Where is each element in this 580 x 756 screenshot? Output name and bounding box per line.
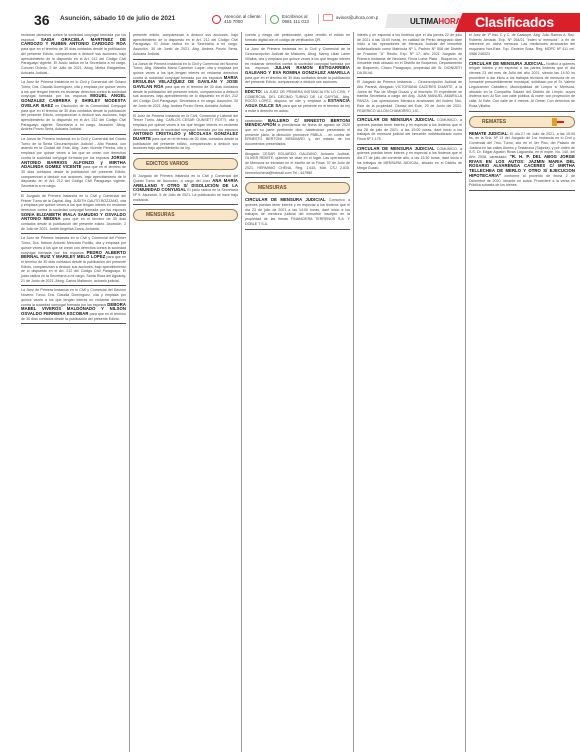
classified-notice: CIRCULAR DE MENSURA JUDICIAL COMUNICO, a…: [357, 146, 462, 174]
page-header: 36 Asunción, sábado 10 de julio de 2021 …: [0, 0, 580, 28]
classified-notice: La Jueza de Primera Instancia en lo Civi…: [21, 136, 126, 192]
section-header-mensuras: MENSURAS: [133, 209, 238, 221]
classifieds-columns: reclamar derechos contra la sociedad con…: [18, 32, 578, 752]
contact-phone: Atención al cliente:415 7000: [212, 14, 262, 24]
classified-notice: El Juez de Primera Instancia en lo Civil…: [133, 113, 238, 155]
classified-notice: el Juez de 1ª Inst. C y C. de Caacupé, A…: [469, 32, 575, 60]
classified-notice: caratulado: BALLERO C/ ERNESTO BERTONI M…: [245, 118, 350, 150]
column-5: el Juez de 1ª Inst. C y C. de Caacupé, A…: [466, 32, 578, 752]
classified-notice: EDICTO: LA JUEZ DE PRIMERA INSTANCIA EN …: [245, 89, 350, 117]
whatsapp-icon: [270, 15, 279, 24]
column-3: cuenta y riesgo del peticionante, quien …: [242, 32, 354, 752]
classified-notice: CIRCULAR DE MENSURA JUDICIAL COMUNICO, a…: [357, 117, 462, 145]
classified-notice: interés y en especial a los linderos que…: [357, 32, 462, 78]
section-title: Clasificados: [475, 14, 554, 30]
divider: [318, 14, 319, 24]
page-number: 36: [34, 12, 50, 28]
envelope-icon: [323, 14, 333, 21]
brand-logo: ULTIMAHORA: [410, 17, 461, 26]
classified-notice: presente edicto, comparezcan a deducir s…: [133, 32, 238, 60]
phone-icon: [212, 15, 221, 24]
section-header-remates: REMATES: [469, 116, 575, 128]
gavel-icon: [552, 118, 564, 126]
classified-notice: CIRCULAR DE MENSURA JUDICIAL. Notifico a…: [469, 61, 575, 112]
classified-notice: La Jueza de Primera Instancia en lo Civi…: [133, 61, 238, 112]
page-date: Asunción, sábado 10 de julio de 2021: [60, 15, 175, 22]
column-1: reclamar derechos contra la sociedad con…: [18, 32, 130, 752]
classified-notice: El Juzgado de Primera Instancia en lo Ci…: [21, 193, 126, 235]
section-header-mensuras: MENSURAS: [245, 182, 350, 194]
classified-notice: CIRCULAR DE MENSURA JUDICIAL Comunico a …: [245, 197, 350, 229]
contact-whatsapp: Escribinos al0981 111 013: [270, 14, 309, 24]
divider: [265, 14, 266, 24]
section-header-edictos-varios: EDICTOS VARIOS: [133, 158, 238, 170]
contact-email: avisos@uhora.com.py: [323, 14, 381, 21]
column-4: interés y en especial a los linderos que…: [354, 32, 466, 752]
classified-notice: Abogado CESAR EDUARDO GALEANO, Actuario …: [245, 151, 350, 179]
classified-notice: reclamar derechos contra la sociedad con…: [21, 32, 126, 78]
classified-notice: La Juez de Primera Instancia en lo Civil…: [21, 235, 126, 286]
section-banner: Clasificados: [455, 13, 580, 32]
classified-notice: REMATE JUDICIAL: El día 27 de Julio de 2…: [469, 131, 575, 191]
column-2: presente edicto, comparezcan a deducir s…: [130, 32, 242, 752]
classified-notice: cuenta y riesgo del peticionante, quien …: [245, 32, 350, 45]
classified-notice: La Juez de Primera Instancia en lo Civil…: [245, 46, 350, 88]
classified-notice: La Juez de Primera Instancia en lo Civil…: [21, 287, 126, 324]
classified-notice: La Juez de Primera Instancia en lo Civil…: [21, 79, 126, 135]
classified-notice: El Juzgado de Primera Instancia en lo Ci…: [133, 173, 238, 205]
classified-notice: El Juzgado de Primera Instancia ... Circ…: [357, 79, 462, 116]
